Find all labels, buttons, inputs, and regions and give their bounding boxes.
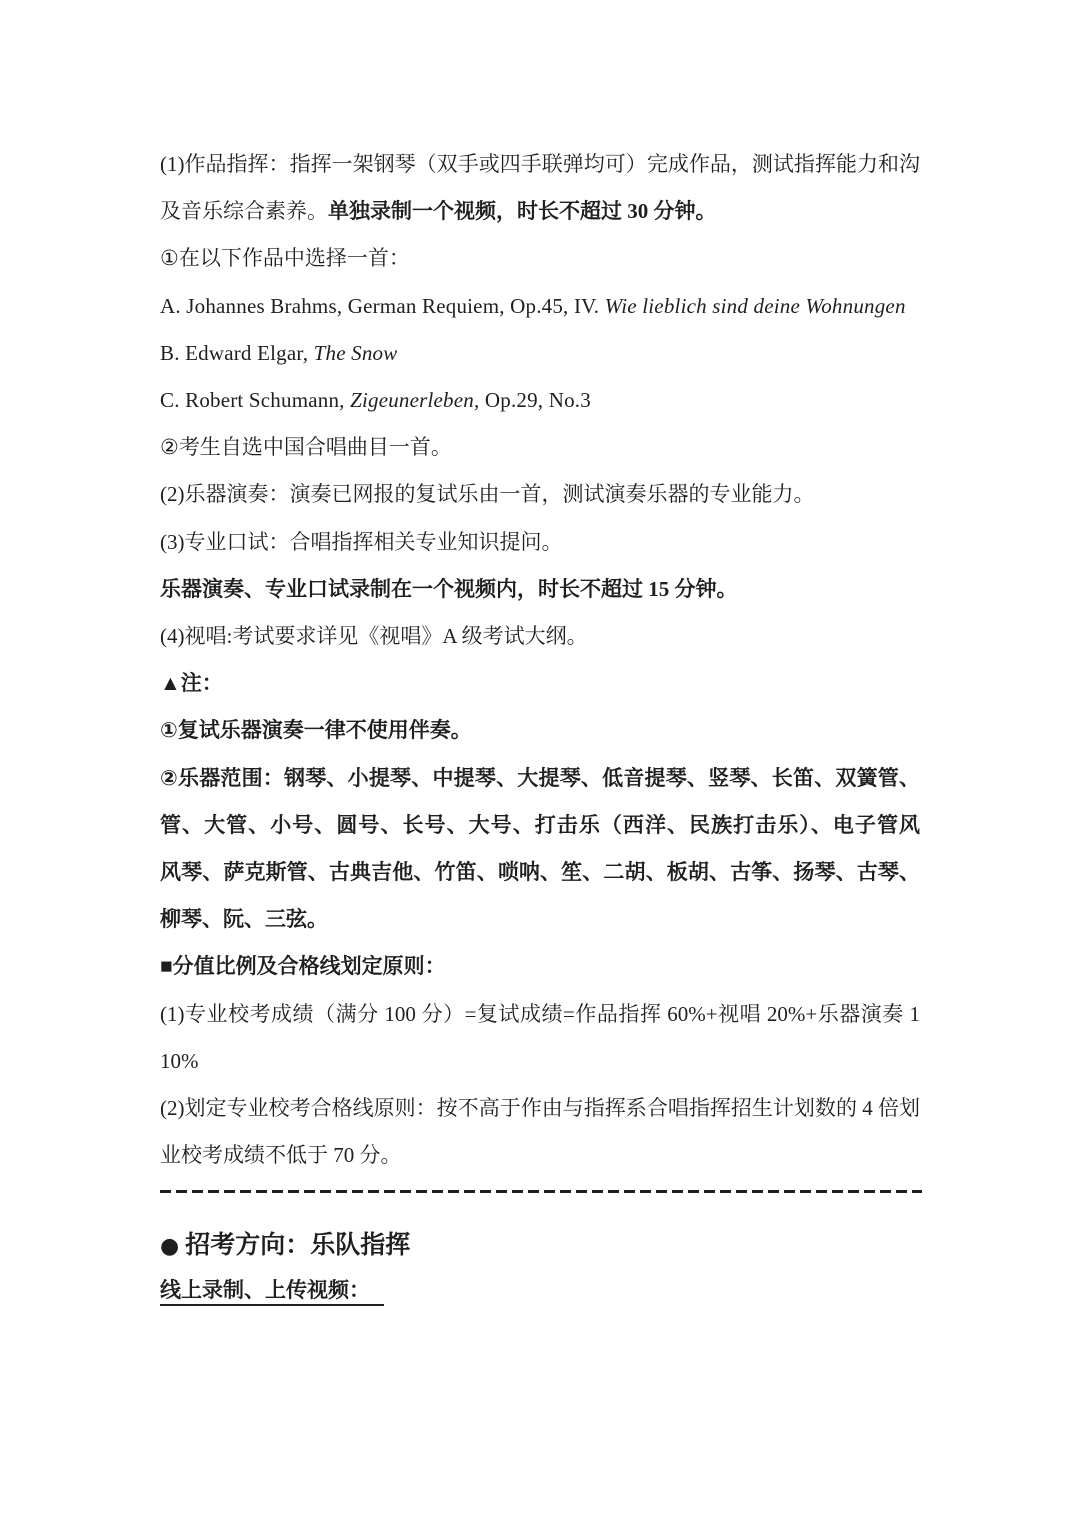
text-line: (2)乐器演奏：演奏已网报的复试乐由一首，测试演奏乐器的专业能力。 [160,471,920,519]
text-segment: 10% [160,1049,199,1073]
text-line: ▲注： [160,660,920,708]
text-segment: (1)作品指挥：指挥一架钢琴（双手或四手联弹均可）完成作品，测试指挥能力和沟通能… [160,152,920,189]
text-segment: 业校考成绩不低于 70 分。 [160,1143,402,1167]
text-line: ②考生自选中国合唱曲目一首。 [160,424,920,472]
text-segment: (1)专业校考成绩（满分 100 分）=复试成绩=作品指挥 60%+视唱 20%… [160,1002,920,1039]
text-segment: Zigeunerleben [350,388,474,412]
text-segment: ■分值比例及合格线划定原则： [160,954,446,978]
text-line: ■分值比例及合格线划定原则： [160,943,920,991]
subsection-heading-label: 线上录制、上传视频： [160,1278,384,1306]
text-line: (3)专业口试：合唱指挥相关专业知识提问。 [160,519,920,567]
text-line: (1)专业校考成绩（满分 100 分）=复试成绩=作品指挥 60%+视唱 20%… [160,991,920,1039]
text-segment: , Op.29, No.3 [474,388,591,412]
text-line: 10% [160,1038,920,1086]
text-segment: C. Robert Schumann, [160,388,350,412]
text-segment: A. Johannes Brahms, German Requiem, Op.4… [160,294,605,318]
section-heading-label: 招考方向：乐队指挥 [185,1232,410,1259]
text-line: 管、大管、小号、圆号、长号、大号、打击乐（西洋、民族打击乐）、电子管风琴、手 [160,802,920,850]
text-segment: 及音乐综合素养。 [160,199,328,223]
text-segment: ▲注： [160,671,223,695]
subsection-heading: 线上录制、上传视频： [160,1268,384,1316]
text-segment: ②考生自选中国合唱曲目一首。 [160,435,452,459]
text-segment: 单独录制一个视频，时长不超过 30 分钟。 [328,199,717,223]
text-segment: ①在以下作品中选择一首： [160,246,410,270]
text-segment: (4)视唱:考试要求详见《视唱》A 级考试大纲。 [160,624,588,648]
text-line: C. Robert Schumann, Zigeunerleben, Op.29… [160,377,920,425]
text-segment: 柳琴、阮、三弦。 [160,907,328,931]
text-segment: ②乐器范围：钢琴、小提琴、中提琴、大提琴、低音提琴、竖琴、长笛、双簧管、单簧 [160,766,920,803]
text-line: (1)作品指挥：指挥一架钢琴（双手或四手联弹均可）完成作品，测试指挥能力和沟通能… [160,141,920,189]
text-segment: ①复试乐器演奏一律不使用伴奏。 [160,718,472,742]
text-line: ②乐器范围：钢琴、小提琴、中提琴、大提琴、低音提琴、竖琴、长笛、双簧管、单簧 [160,755,920,803]
text-segment: Wie lieblich sind deine Wohnungen [605,294,906,318]
text-line: 及音乐综合素养。单独录制一个视频，时长不超过 30 分钟。 [160,188,920,236]
text-line: (2)划定专业校考合格线原则：按不高于作由与指挥系合唱指挥招生计划数的 4 倍划… [160,1085,920,1133]
text-line: 风琴、萨克斯管、古典吉他、竹笛、唢呐、笙、二胡、板胡、古筝、扬琴、古琴、琵琶、 [160,849,920,897]
text-segment: 管、大管、小号、圆号、长号、大号、打击乐（西洋、民族打击乐）、电子管风琴、手 [160,813,920,850]
text-segment: 乐器演奏、专业口试录制在一个视频内，时长不超过 15 分钟。 [160,577,738,601]
text-segment: (2)划定专业校考合格线原则：按不高于作由与指挥系合唱指挥招生计划数的 4 倍划… [160,1096,920,1133]
dashed-divider [160,1190,922,1193]
text-segment: (2)乐器演奏：演奏已网报的复试乐由一首，测试演奏乐器的专业能力。 [160,482,814,506]
section-heading: ●招考方向：乐队指挥 [160,1222,410,1270]
text-segment: B. Edward Elgar, [160,341,314,365]
text-line: ①复试乐器演奏一律不使用伴奏。 [160,707,920,755]
text-segment: 风琴、萨克斯管、古典吉他、竹笛、唢呐、笙、二胡、板胡、古筝、扬琴、古琴、琵琶、 [160,860,920,897]
text-line: 乐器演奏、专业口试录制在一个视频内，时长不超过 15 分钟。 [160,566,920,614]
text-line: 柳琴、阮、三弦。 [160,896,920,944]
text-segment: (3)专业口试：合唱指挥相关专业知识提问。 [160,530,563,554]
text-line: ①在以下作品中选择一首： [160,235,920,283]
text-line: 业校考成绩不低于 70 分。 [160,1132,920,1180]
text-line: A. Johannes Brahms, German Requiem, Op.4… [160,283,920,331]
text-line: B. Edward Elgar, The Snow [160,330,920,378]
text-line: (4)视唱:考试要求详见《视唱》A 级考试大纲。 [160,613,920,661]
text-segment: The Snow [314,341,398,365]
document-page: (1)作品指挥：指挥一架钢琴（双手或四手联弹均可）完成作品，测试指挥能力和沟通能… [0,0,1080,1527]
bullet-icon: ● [160,1234,179,1259]
